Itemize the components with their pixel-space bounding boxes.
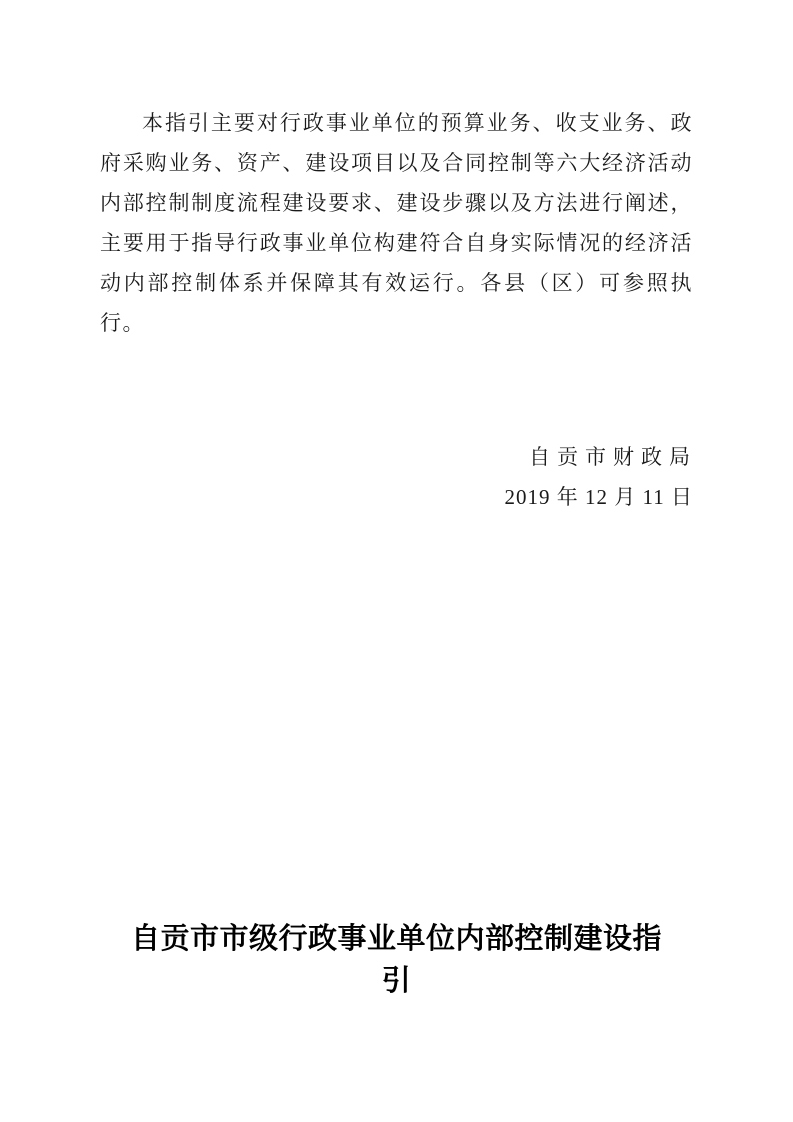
signature-org: 自贡市财政局 (0, 437, 697, 477)
document-page: 本指引主要对行政事业单位的预算业务、收支业务、政府采购业务、资产、建设项目以及合… (0, 0, 793, 1122)
body-paragraph: 本指引主要对行政事业单位的预算业务、收支业务、政府采购业务、资产、建设项目以及合… (0, 0, 793, 343)
signature-date: 2019 年 12 月 11 日 (0, 477, 697, 517)
document-title: 自贡市市级行政事业单位内部控制建设指引 (123, 918, 671, 1002)
signature-block: 自贡市财政局 2019 年 12 月 11 日 (0, 437, 793, 517)
